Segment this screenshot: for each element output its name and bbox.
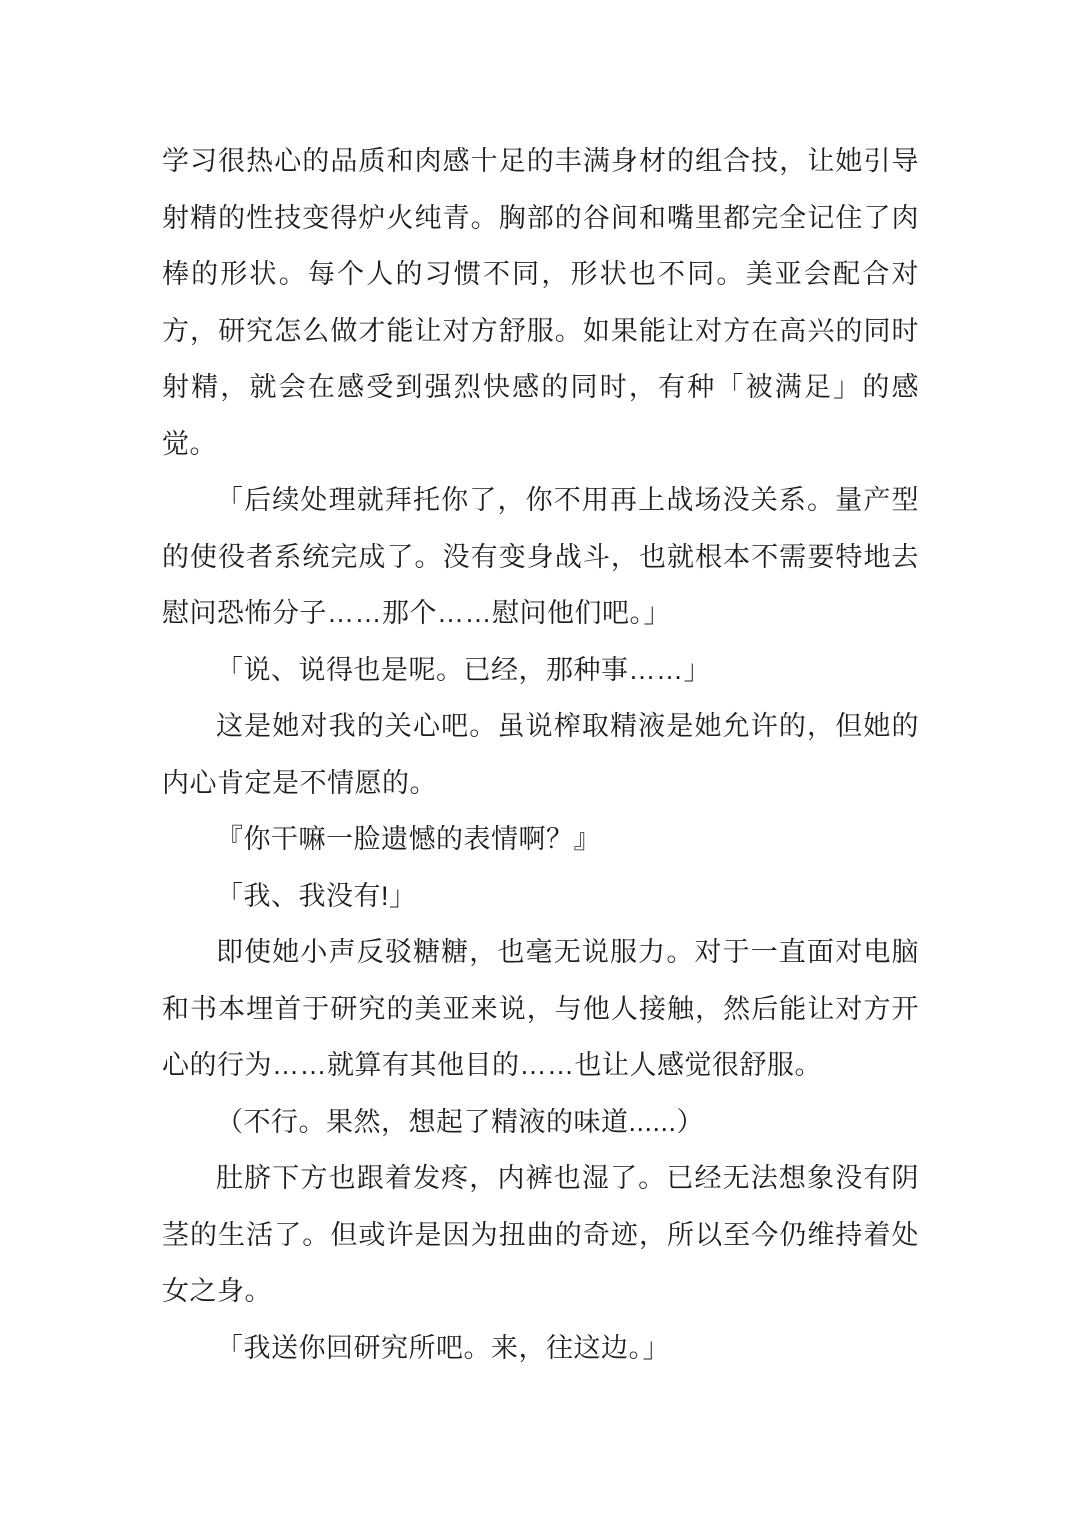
paragraph: （不行。果然，想起了精液的味道......） <box>162 1094 919 1151</box>
paragraph: 「我、我没有!」 <box>162 868 919 925</box>
paragraph: 肚脐下方也跟着发疼，内裤也湿了。已经无法想象没有阴茎的生活了。但或许是因为扭曲的… <box>162 1150 919 1320</box>
paragraph: 『你干嘛一脸遗憾的表情啊？』 <box>162 811 919 868</box>
body-text: 学习很热心的品质和肉感十足的丰满身材的组合技，让她引导射精的性技变得炉火纯青。胸… <box>162 133 919 1376</box>
paragraph: 「后续处理就拜托你了，你不用再上战场没关系。量产型的使役者系统完成了。没有变身战… <box>162 472 919 642</box>
paragraph: 这是她对我的关心吧。虽说榨取精液是她允许的，但她的内心肯定是不情愿的。 <box>162 698 919 811</box>
paragraph: 即使她小声反驳糖糖，也毫无说服力。对于一直面对电脑和书本埋首于研究的美亚来说，与… <box>162 924 919 1094</box>
novel-page: 学习很热心的品质和肉感十足的丰满身材的组合技，让她引导射精的性技变得炉火纯青。胸… <box>0 0 1080 1527</box>
paragraph: 学习很热心的品质和肉感十足的丰满身材的组合技，让她引导射精的性技变得炉火纯青。胸… <box>162 133 919 472</box>
paragraph: 「我送你回研究所吧。来，往这边。」 <box>162 1320 919 1377</box>
paragraph: 「说、说得也是呢。已经，那种事……」 <box>162 642 919 699</box>
